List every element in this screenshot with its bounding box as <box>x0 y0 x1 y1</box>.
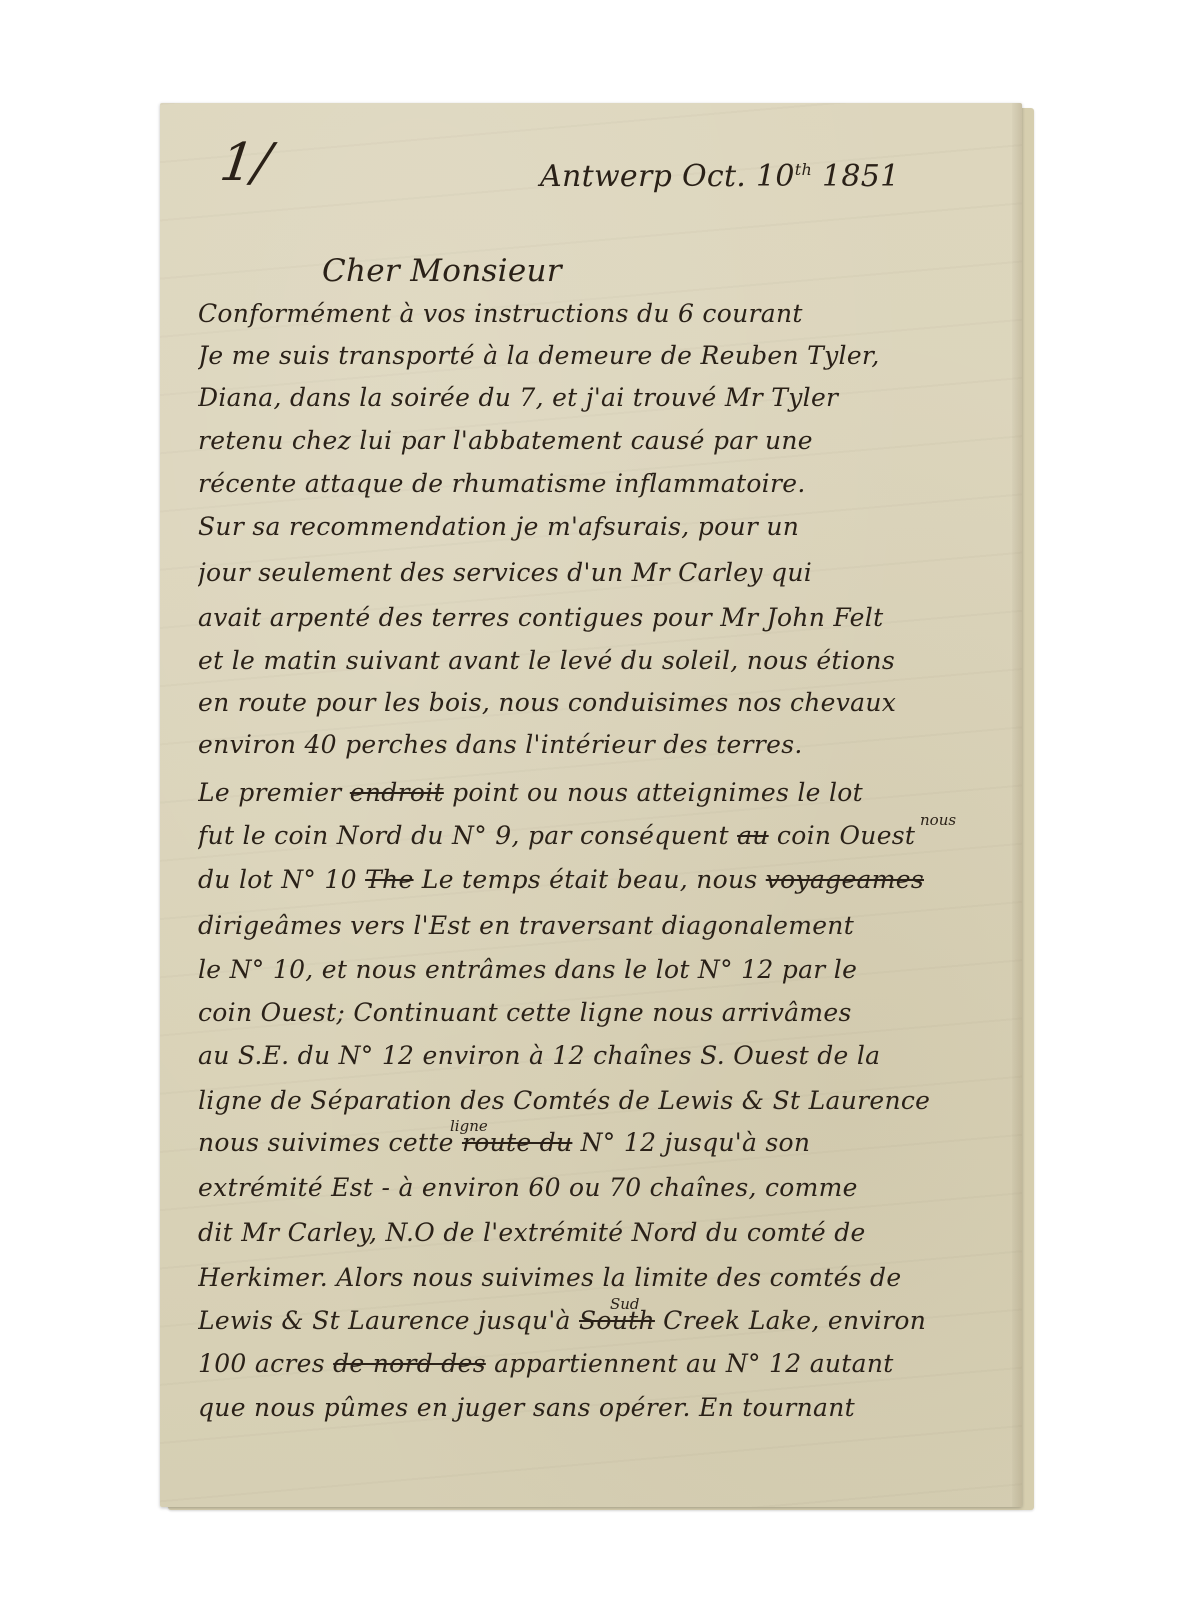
letter-line-18: au S.E. du N° 12 environ à 12 chaînes S.… <box>198 1041 998 1070</box>
line-text: point ou nous atteignimes le lot <box>444 778 863 807</box>
letter-line-4: retenu chez lui par l'abbatement causé p… <box>198 426 998 455</box>
struck-word: route du <box>462 1128 572 1157</box>
dateline-ordinal: th <box>795 160 812 179</box>
page-edge-shadow <box>1012 103 1022 1507</box>
letter-line-17: coin Ouest; Continuant cette ligne nous … <box>198 998 998 1027</box>
letter-line-2: Je me suis transporté à la demeure de Re… <box>198 341 998 370</box>
letter-line-15: dirigeâmes vers l'Est en traversant diag… <box>198 911 998 940</box>
line-text: Creek Lake, environ <box>655 1306 926 1335</box>
letter-line-11: environ 40 perches dans l'intérieur des … <box>198 730 998 759</box>
letter-line-9: et le matin suivant avant le levé du sol… <box>198 646 998 675</box>
folio-mark: 1/ <box>210 133 281 193</box>
letter-line-22: dit Mr Carley, N.O de l'extrémité Nord d… <box>198 1218 998 1247</box>
salutation: Cher Monsieur <box>322 253 562 289</box>
letter-line-3: Diana, dans la soirée du 7, et j'ai trou… <box>198 383 998 412</box>
struck-word: voyageames <box>766 865 924 894</box>
line-text: 100 acres <box>198 1349 333 1378</box>
letter-line-1: Conformément à vos instructions du 6 cou… <box>198 299 998 328</box>
struck-word: endroit <box>350 778 444 807</box>
line-text: Lewis & St Laurence jusqu'à <box>198 1306 579 1335</box>
letter-line-14: du lot N° 10 The Le temps était beau, no… <box>198 865 998 894</box>
letter-page: 1/ Antwerp Oct. 10th 1851 Cher Monsieur … <box>160 103 1022 1507</box>
letter-line-23: Herkimer. Alors nous suivimes la limite … <box>198 1263 998 1292</box>
letter-line-13: fut le coin Nord du N° 9, par conséquent… <box>198 821 998 850</box>
letter-line-10: en route pour les bois, nous conduisimes… <box>198 688 998 717</box>
letter-line-21: extrémité Est - à environ 60 ou 70 chaîn… <box>198 1173 998 1202</box>
line-text: du lot N° 10 <box>198 865 365 894</box>
letter-line-26: que nous pûmes en juger sans opérer. En … <box>198 1393 998 1422</box>
line-text: nous suivimes cette <box>198 1128 462 1157</box>
struck-word: The <box>365 865 413 894</box>
line-text: appartiennent au N° 12 autant <box>486 1349 894 1378</box>
letter-line-7: jour seulement des services d'un Mr Carl… <box>198 558 998 587</box>
line-text: fut le coin Nord du N° 9, par conséquent <box>198 821 737 850</box>
letter-line-20: nous suivimes cette route du N° 12 jusqu… <box>198 1128 998 1157</box>
letter-line-24: Lewis & St Laurence jusqu'à South Creek … <box>198 1306 998 1335</box>
letter-line-19: ligne de Séparation des Comtés de Lewis … <box>198 1086 998 1115</box>
dateline-year: 1851 <box>822 159 900 194</box>
dateline: Antwerp Oct. 10th 1851 <box>540 159 900 194</box>
letter-line-16: le N° 10, et nous entrâmes dans le lot N… <box>198 955 998 984</box>
dateline-place-day: Antwerp Oct. 10 <box>540 159 795 194</box>
line-text: N° 12 jusqu'à son <box>572 1128 810 1157</box>
letter-line-8: avait arpenté des terres contigues pour … <box>198 603 998 632</box>
letter-line-12: Le premier endroit point ou nous atteign… <box>198 778 998 807</box>
struck-word: South <box>579 1306 655 1335</box>
line-text: coin Ouest <box>769 821 916 850</box>
line-text: Le premier <box>198 778 350 807</box>
letter-line-25: 100 acres de nord des appartiennent au N… <box>198 1349 998 1378</box>
line-text: Le temps était beau, nous <box>414 865 766 894</box>
struck-word: de nord des <box>333 1349 486 1378</box>
letter-line-5: récente attaque de rhumatisme inflammato… <box>198 469 998 498</box>
struck-word: au <box>737 821 769 850</box>
letter-line-6: Sur sa recommendation je m'afsurais, pou… <box>198 512 998 541</box>
